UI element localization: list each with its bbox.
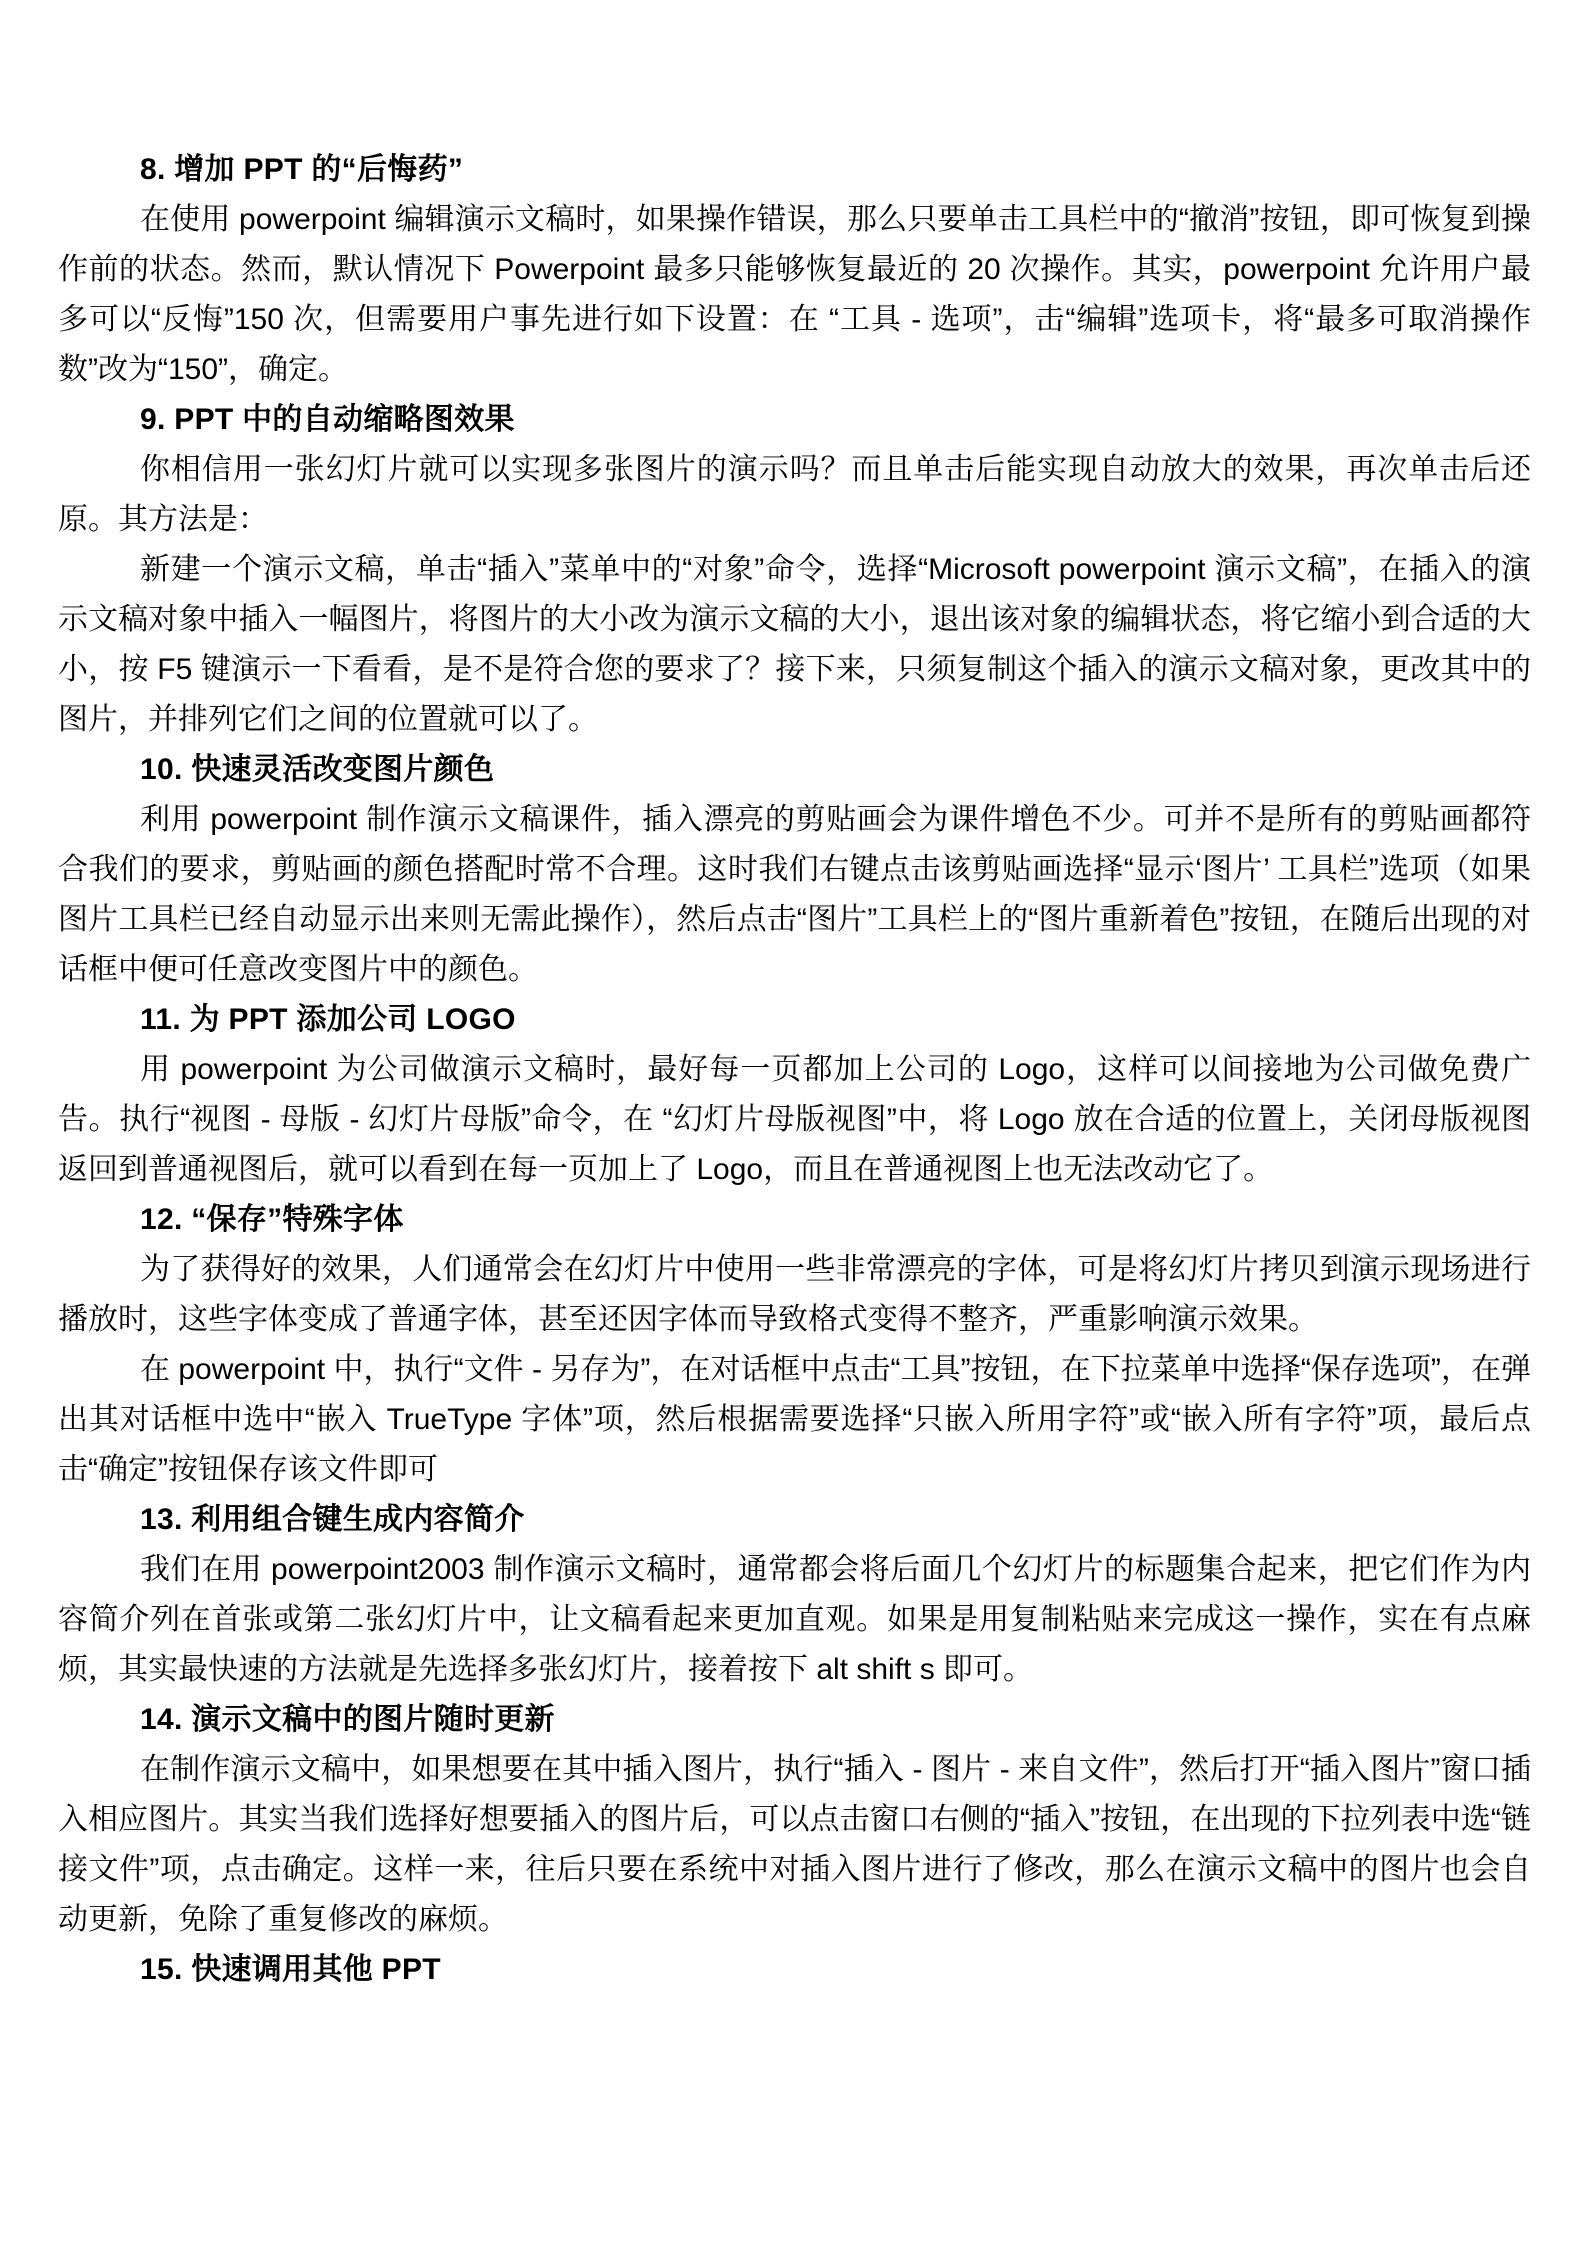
section-heading: 13. 利用组合键生成内容简介: [58, 1495, 1531, 1545]
section-heading: 15. 快速调用其他 PPT: [58, 1945, 1531, 1995]
paragraph: 新建一个演示文稿，单击“插入”菜单中的“对象”命令，选择“Microsoft p…: [58, 545, 1531, 745]
section-heading: 14. 演示文稿中的图片随时更新: [58, 1695, 1531, 1745]
section-heading: 9. PPT 中的自动缩略图效果: [58, 395, 1531, 445]
document-page: 8. 增加 PPT 的“后悔药”在使用 powerpoint 编辑演示文稿时，如…: [0, 0, 1587, 2245]
paragraph: 在制作演示文稿中，如果想要在其中插入图片，执行“插入 - 图片 - 来自文件”，…: [58, 1745, 1531, 1945]
document-content: 8. 增加 PPT 的“后悔药”在使用 powerpoint 编辑演示文稿时，如…: [58, 145, 1531, 1995]
section-heading: 8. 增加 PPT 的“后悔药”: [58, 145, 1531, 195]
paragraph: 利用 powerpoint 制作演示文稿课件，插入漂亮的剪贴画会为课件增色不少。…: [58, 795, 1531, 995]
section-heading: 11. 为 PPT 添加公司 LOGO: [58, 995, 1531, 1045]
paragraph: 在使用 powerpoint 编辑演示文稿时，如果操作错误，那么只要单击工具栏中…: [58, 195, 1531, 395]
paragraph: 用 powerpoint 为公司做演示文稿时，最好每一页都加上公司的 Logo，…: [58, 1045, 1531, 1195]
paragraph: 为了获得好的效果，人们通常会在幻灯片中使用一些非常漂亮的字体，可是将幻灯片拷贝到…: [58, 1245, 1531, 1345]
paragraph: 你相信用一张幻灯片就可以实现多张图片的演示吗？而且单击后能实现自动放大的效果，再…: [58, 445, 1531, 545]
paragraph: 在 powerpoint 中，执行“文件 - 另存为”，在对话框中点击“工具”按…: [58, 1345, 1531, 1495]
section-heading: 10. 快速灵活改变图片颜色: [58, 745, 1531, 795]
paragraph: 我们在用 powerpoint2003 制作演示文稿时，通常都会将后面几个幻灯片…: [58, 1545, 1531, 1695]
section-heading: 12. “保存”特殊字体: [58, 1195, 1531, 1245]
